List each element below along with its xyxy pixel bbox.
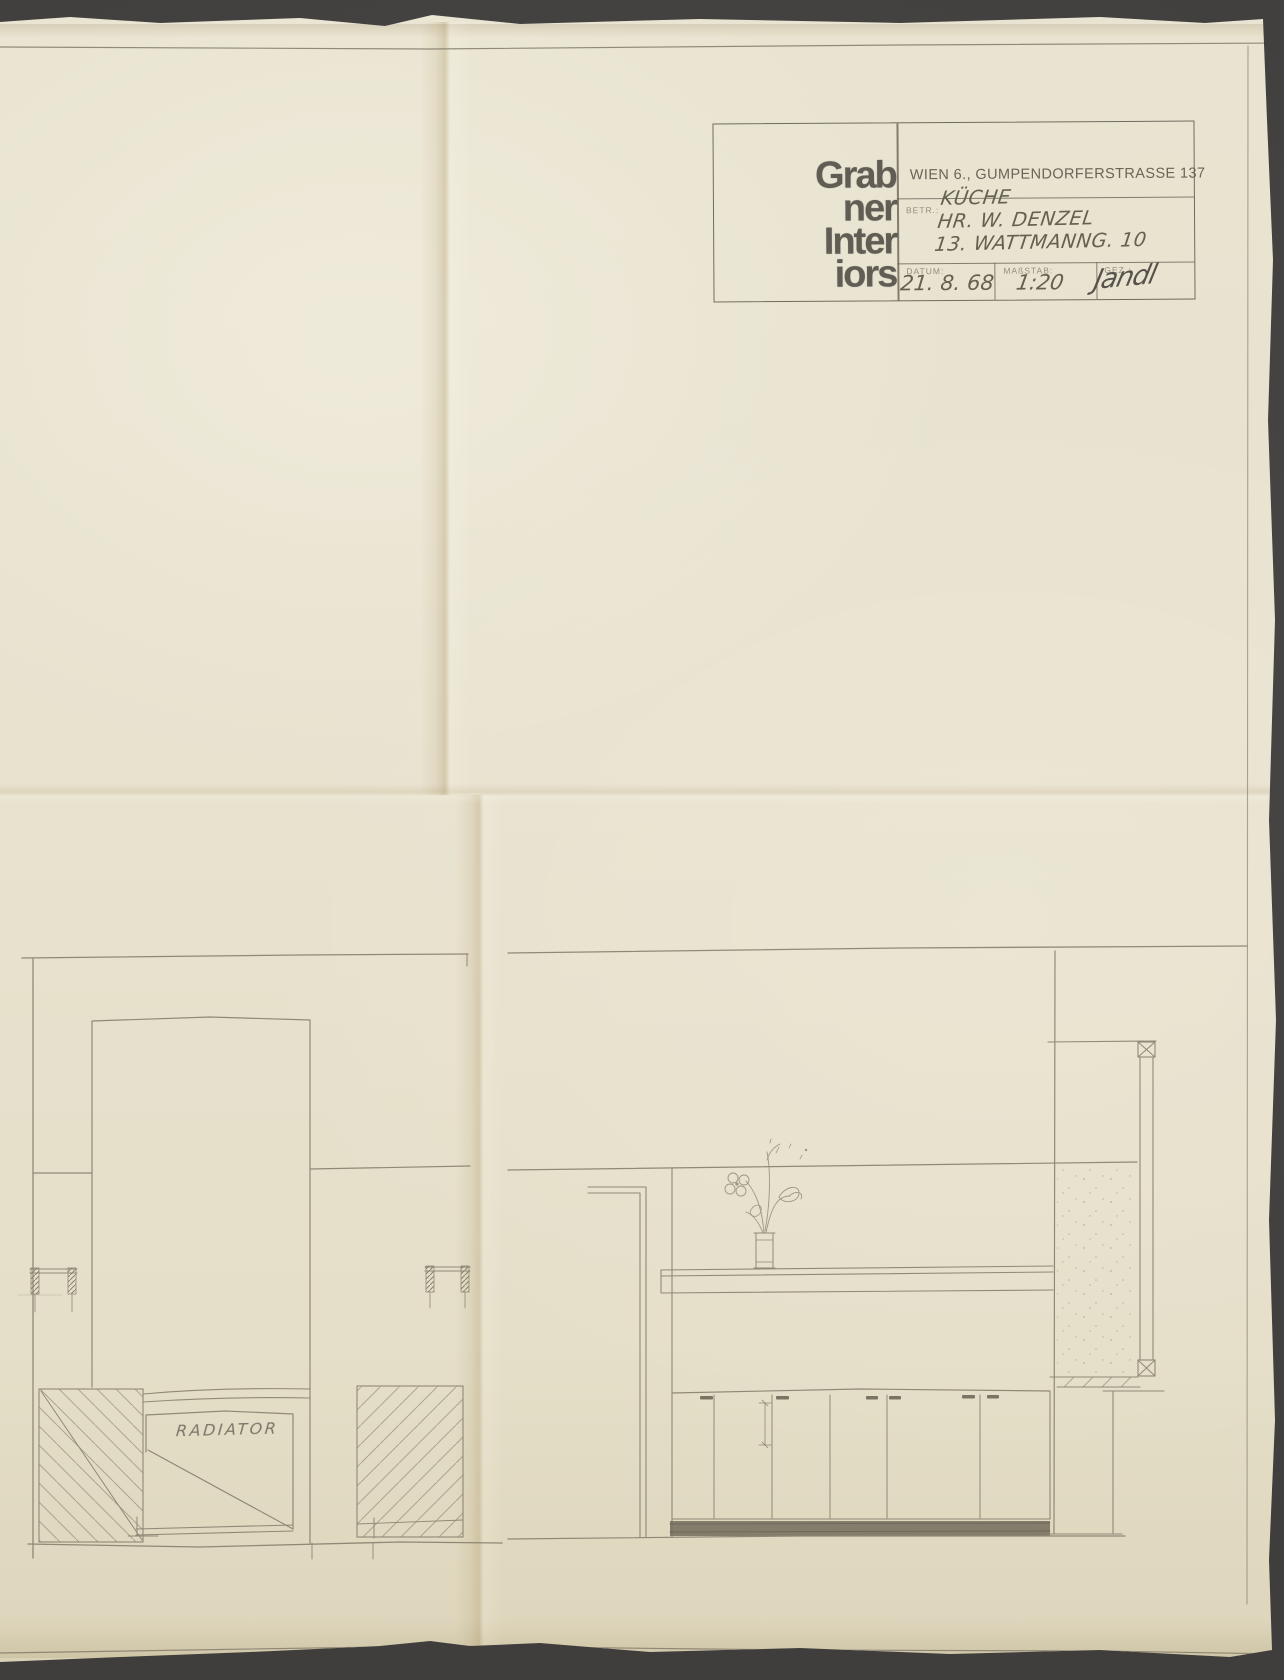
signature: Jandl (1091, 259, 1159, 297)
floor-line-left (28, 1542, 502, 1547)
radiator-diagonal (148, 1450, 293, 1529)
stamp-divider (896, 123, 899, 300)
counter-shelf (661, 1266, 1053, 1293)
radiator-niche (128, 1389, 310, 1536)
flower-vase (754, 1233, 775, 1268)
base-cabinet (672, 1389, 1050, 1519)
logo-line: iors (784, 258, 896, 292)
betr-line: 13. WATTMANNG. 10 (933, 228, 1148, 256)
ceiling-line-left (22, 954, 468, 958)
betr-label: BETR.: (906, 205, 939, 215)
door-frame (588, 1187, 646, 1537)
stamp-divider (994, 263, 996, 300)
left-elevation-drawing (18, 954, 502, 1559)
wall-bracket-left (18, 1268, 77, 1312)
countertop-section-hatch (1057, 1377, 1137, 1387)
scale-handwriting: 1:20 (1014, 270, 1065, 294)
wall-corner-line (1054, 951, 1055, 1534)
company-logo: Grab ner Inter iors (784, 159, 897, 292)
date-handwriting: 21. 8. 68 (899, 271, 995, 296)
drawing-sheet: Grab ner Inter iors WIEN 6., GUMPENDORFE… (0, 0, 1284, 1680)
dimension-mark (759, 1400, 771, 1448)
right-elevation-drawing (508, 946, 1247, 1539)
speckled-wall-section (1057, 1166, 1135, 1374)
cabinet-handles (700, 1395, 999, 1400)
hatched-section-right (357, 1386, 463, 1537)
wall-height-line (508, 1162, 1137, 1170)
floor-line-right (508, 1536, 1125, 1539)
plant-sketch (725, 1139, 807, 1233)
ceiling-line-right (508, 946, 1247, 953)
wall-bracket-right (425, 1266, 470, 1308)
company-address: WIEN 6., GUMPENDORFERSTRASSE 137 (910, 166, 1188, 184)
job-description-handwriting: KÜCHE HR. W. DENZEL 13. WATTMANNG. 10 (933, 182, 1154, 256)
company-stamp: Grab ner Inter iors WIEN 6., GUMPENDORFE… (712, 121, 1195, 303)
radiator-label: RADIATOR (175, 1419, 279, 1441)
